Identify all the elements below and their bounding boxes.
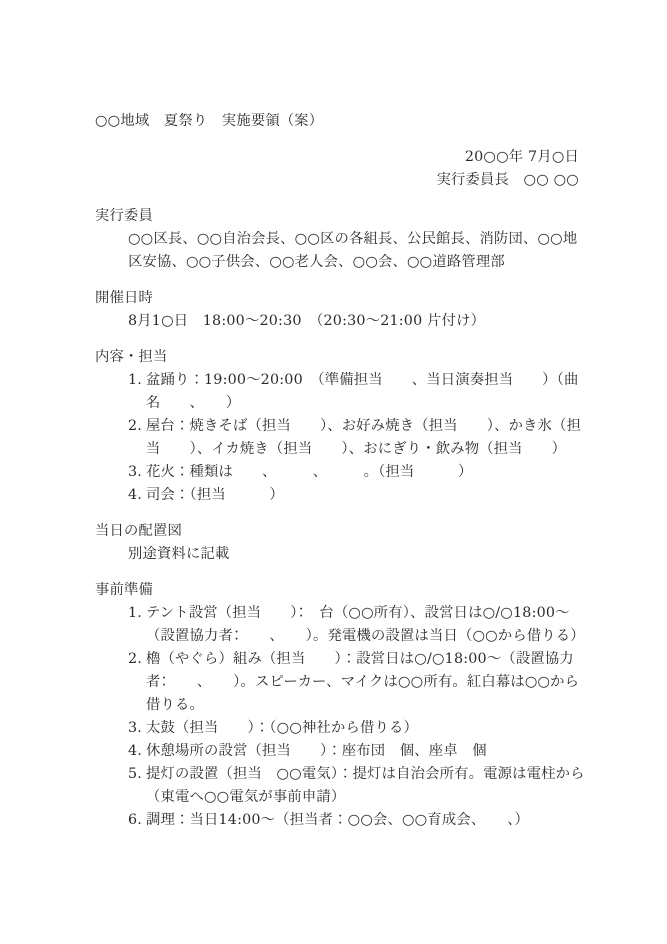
item-text: テント設営（担当 ）： 台（○○所有）、設営日は○/○18:00～（設置協力者：…: [146, 605, 585, 644]
numbered-list: 1.盆踊り：19:00～20:00 （準備担当 、当日演奏担当 ）（曲名 、 ）…: [95, 369, 589, 507]
doc-date-line: 20○○年 7月○日: [95, 146, 589, 169]
numbered-item: 4.休憩場所の設営（担当 ）：座布団 個、座卓 個: [128, 740, 589, 763]
numbered-item: 6.調理：当日14:00～（担当者：○○会、○○育成会、 、）: [128, 809, 589, 832]
section: 事前準備1.テント設営（担当 ）： 台（○○所有）、設営日は○/○18:00～（…: [95, 579, 589, 832]
item-text: 司会：（担当 ）: [146, 487, 284, 503]
section-heading: 当日の配置図: [95, 520, 589, 543]
section-paragraph: 8月1○日 18:00～20:30 （20:30～21:00 片付け）: [95, 310, 589, 333]
item-text: 屋台：焼きそば（担当 ）、お好み焼き（担当 ）、かき氷（担当 ）、イカ焼き（担当…: [146, 418, 581, 457]
doc-title: ○○地域 夏祭り 実施要領（案）: [95, 110, 589, 133]
item-number: 4.: [128, 484, 142, 507]
item-number: 3.: [128, 717, 142, 740]
document-content: ○○地域 夏祭り 実施要領（案） 20○○年 7月○日 実行委員長 ○○ ○○ …: [95, 110, 589, 832]
numbered-item: 2.屋台：焼きそば（担当 ）、お好み焼き（担当 ）、かき氷（担当 ）、イカ焼き（…: [128, 415, 589, 461]
item-number: 1.: [128, 369, 142, 392]
document-page: ○○地域 夏祭り 実施要領（案） 20○○年 7月○日 実行委員長 ○○ ○○ …: [0, 0, 667, 944]
numbered-item: 5.提灯の設置（担当 ○○電気）：提灯は自治会所有。電源は電柱から（東電へ○○電…: [128, 763, 589, 809]
section-body: 1.テント設営（担当 ）： 台（○○所有）、設営日は○/○18:00～（設置協力…: [95, 602, 589, 832]
section: 内容・担当1.盆踊り：19:00～20:00 （準備担当 、当日演奏担当 ）（曲…: [95, 346, 589, 507]
section-heading: 実行委員: [95, 205, 589, 228]
section: 当日の配置図別途資料に記載: [95, 520, 589, 566]
item-number: 4.: [128, 740, 142, 763]
item-number: 5.: [128, 763, 142, 786]
section-paragraph: ○○区長、○○自治会長、○○区の各組長、公民館長、消防団、○○地区安協、○○子供…: [95, 228, 589, 274]
item-text: 提灯の設置（担当 ○○電気）：提灯は自治会所有。電源は電柱から（東電へ○○電気が…: [146, 766, 585, 805]
section-heading: 開催日時: [95, 287, 589, 310]
numbered-item: 1.盆踊り：19:00～20:00 （準備担当 、当日演奏担当 ）（曲名 、 ）: [128, 369, 589, 415]
item-number: 2.: [128, 648, 142, 671]
section-body: 別途資料に記載: [95, 543, 589, 566]
item-number: 3.: [128, 461, 142, 484]
section-body: ○○区長、○○自治会長、○○区の各組長、公民館長、消防団、○○地区安協、○○子供…: [95, 228, 589, 274]
numbered-item: 3.花火：種類は 、 、 。（担当 ）: [128, 461, 589, 484]
numbered-item: 3.太鼓（担当 ）：（○○神社から借りる）: [128, 717, 589, 740]
item-text: 太鼓（担当 ）：（○○神社から借りる）: [146, 720, 418, 736]
item-number: 2.: [128, 415, 142, 438]
item-text: 花火：種類は 、 、 。（担当 ）: [146, 464, 472, 480]
item-text: 盆踊り：19:00～20:00 （準備担当 、当日演奏担当 ）（曲名 、 ）: [146, 372, 579, 411]
section-body: 1.盆踊り：19:00～20:00 （準備担当 、当日演奏担当 ）（曲名 、 ）…: [95, 369, 589, 507]
section-body: 8月1○日 18:00～20:30 （20:30～21:00 片付け）: [95, 310, 589, 333]
section-heading: 事前準備: [95, 579, 589, 602]
section-heading: 内容・担当: [95, 346, 589, 369]
numbered-item: 4.司会：（担当 ）: [128, 484, 589, 507]
item-text: 櫓（やぐら）組み（担当 ）：設営日は○/○18:00～（設置協力者： 、 ）。ス…: [146, 651, 579, 713]
item-number: 1.: [128, 602, 142, 625]
numbered-item: 1.テント設営（担当 ）： 台（○○所有）、設営日は○/○18:00～（設置協力…: [128, 602, 589, 648]
section: 開催日時8月1○日 18:00～20:30 （20:30～21:00 片付け）: [95, 287, 589, 333]
item-text: 調理：当日14:00～（担当者：○○会、○○育成会、 、）: [146, 812, 529, 828]
doc-chair-line: 実行委員長 ○○ ○○: [95, 169, 589, 192]
section: 実行委員○○区長、○○自治会長、○○区の各組長、公民館長、消防団、○○地区安協、…: [95, 205, 589, 274]
item-text: 休憩場所の設営（担当 ）：座布団 個、座卓 個: [146, 743, 487, 759]
sections-container: 実行委員○○区長、○○自治会長、○○区の各組長、公民館長、消防団、○○地区安協、…: [95, 205, 589, 832]
section-paragraph: 別途資料に記載: [95, 543, 589, 566]
numbered-list: 1.テント設営（担当 ）： 台（○○所有）、設営日は○/○18:00～（設置協力…: [95, 602, 589, 832]
numbered-item: 2.櫓（やぐら）組み（担当 ）：設営日は○/○18:00～（設置協力者： 、 ）…: [128, 648, 589, 717]
item-number: 6.: [128, 809, 142, 832]
